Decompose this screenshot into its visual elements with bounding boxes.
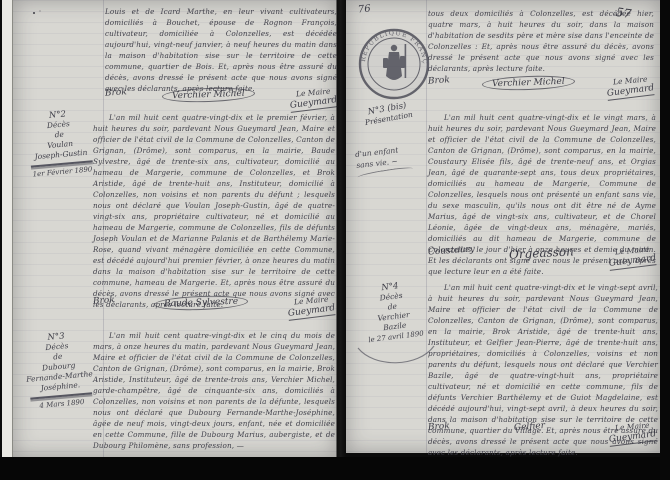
margin-note-act3bis: N°3 (bis) Présentation <box>351 98 425 130</box>
right-page: 76 57 tous deux domiciliés à Colonzelles… <box>346 0 660 453</box>
scan-background-right <box>660 0 670 480</box>
register-scan: Louis et de Icard Marthe, en leur vivant… <box>0 0 670 480</box>
book-gutter <box>336 0 346 457</box>
signature-verchier-michel: Verchier Michel <box>162 86 255 103</box>
signature-maire-block: Le Maire Gueymard <box>607 76 654 98</box>
signature-row-act4: Brok Gelfier Le Maire Gueymard <box>428 422 656 444</box>
signature-maire-block: Le Maire Gueymard <box>609 246 656 268</box>
signature-brok: Brok <box>105 87 127 98</box>
enfant-sans-vie-note: d'un enfant sans vie. ~ <box>355 143 414 179</box>
signature-gelfier: Gelfier <box>513 421 545 433</box>
scan-background-bottom <box>0 457 670 480</box>
left-page: Louis et de Icard Marthe, en leur vivant… <box>12 0 337 457</box>
act2-text: L'an mil huit cent quatre-vingt-dix et l… <box>93 112 335 310</box>
page-number: 76 <box>357 3 371 15</box>
signature-maire-block: Le Maire Gueymard <box>290 88 337 110</box>
ink-speck <box>33 12 35 14</box>
signature-brok: Brok <box>428 421 450 432</box>
margin-note-act3: N°3 Décès de Dubourg Fernande-Marthe Jos… <box>16 329 102 413</box>
signature-maire-block: Le Maire Gueymard <box>609 422 656 444</box>
signature-verchier-michel: Verchier Michel <box>482 74 575 91</box>
margin-note-act2: N°2 Décès de Voulan Joseph-Gustin 1er Fé… <box>18 107 102 181</box>
act3-end-text: tous deux domiciliés à Colonzelles, est … <box>428 8 654 74</box>
scanner-edge-strip <box>2 0 12 457</box>
act1-continuation-text: Louis et de Icard Marthe, en leur vivant… <box>105 6 337 94</box>
signature-maire-block: Le Maire Gueymard <box>288 296 335 318</box>
signature-brok: Brok <box>93 295 115 306</box>
signature-row-act2: Brok Baude Sylvestre Le Maire Gueymard <box>93 296 335 318</box>
act3-start-text: L'an mil huit cent quatre-vingt-dix et l… <box>93 330 335 451</box>
signature-row-act1: Brok Verchier Michel Le Maire Gueymard <box>105 88 337 110</box>
signature-coustaury: Coustaury <box>428 244 475 257</box>
signature-baude-sylvestre: Baude Sylvestre <box>154 294 249 311</box>
republique-francaise-stamp-icon: RÉPUBLIQUE FRANÇAISE <box>356 26 432 102</box>
signature-orgeasson: Orgeasson <box>509 244 574 261</box>
oval-flourish <box>354 342 438 368</box>
signature-row-act3: Brok Verchier Michel Le Maire Gueymard <box>428 76 654 98</box>
signature-row-act3bis: Coustaury Orgeasson Le Maire Gueymard <box>428 246 656 268</box>
margin-note-act4: N°4 Décès de Verchier Bazile le 27 avril… <box>353 278 434 347</box>
